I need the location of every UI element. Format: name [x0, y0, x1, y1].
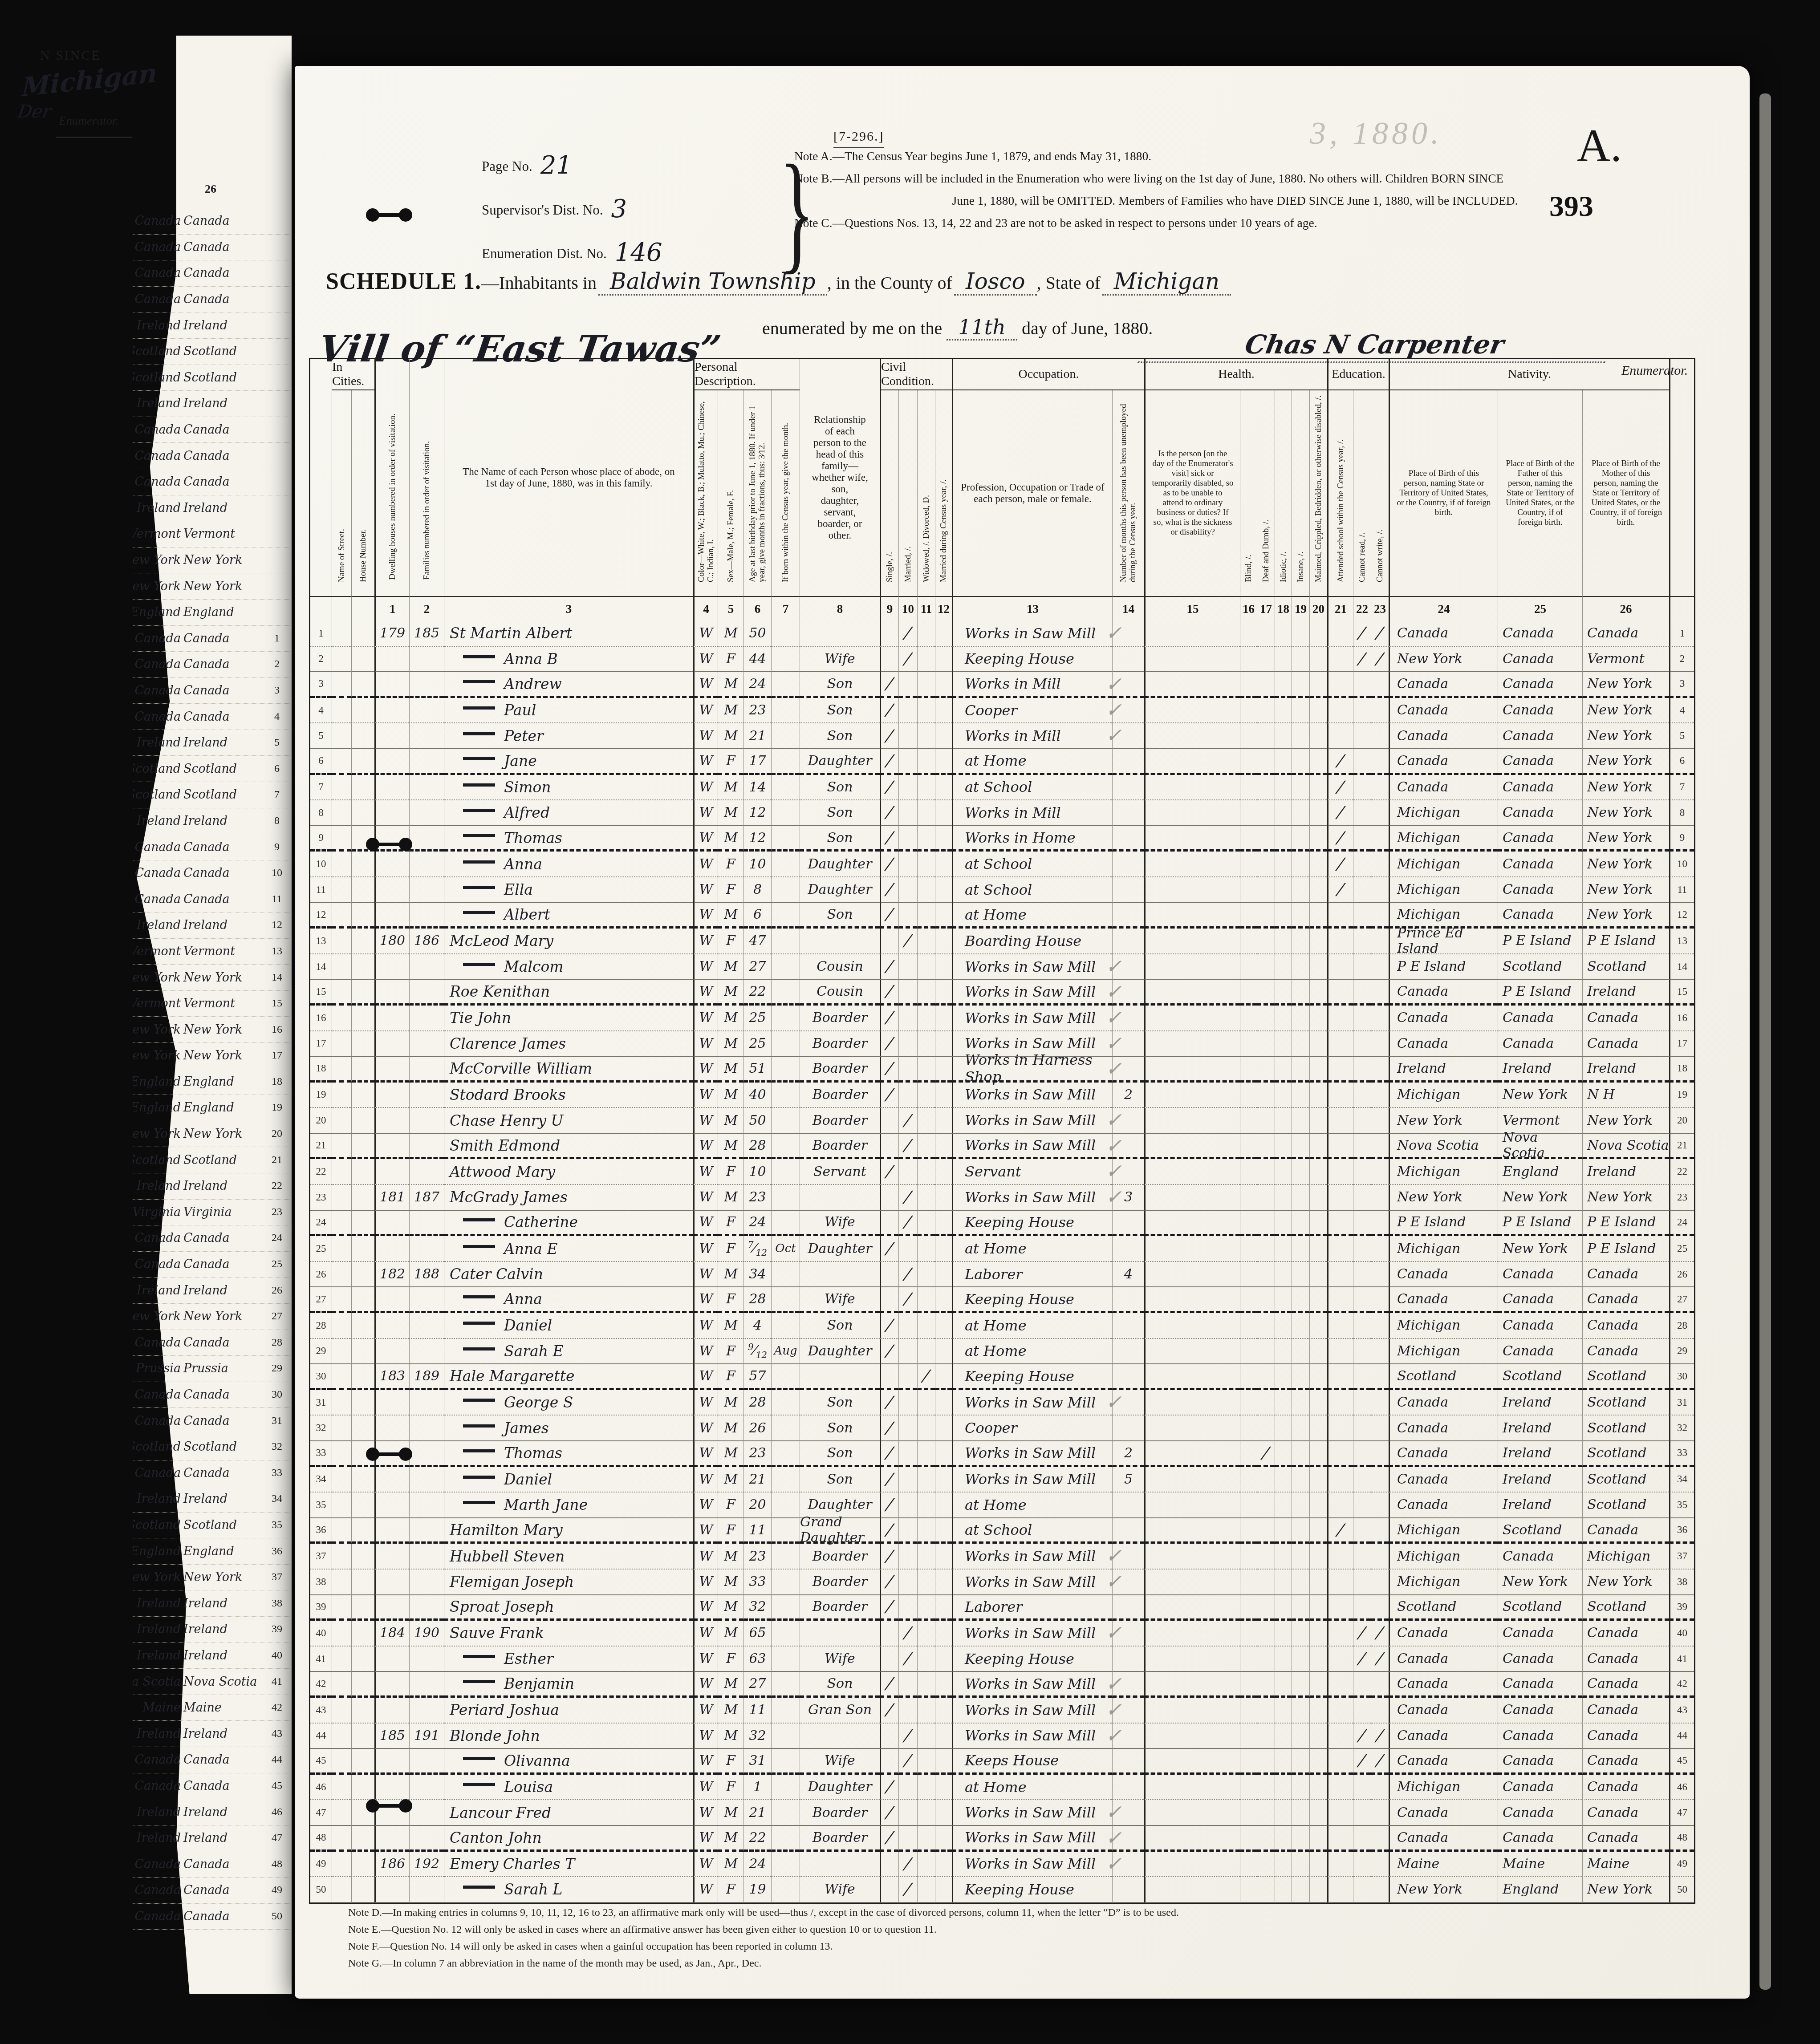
- cell-mother-birthplace: Canada: [1582, 1775, 1669, 1801]
- cell-months-unemployed: [1112, 1415, 1144, 1441]
- cell-widowed: [917, 1415, 935, 1441]
- cell-months-unemployed: [1112, 1595, 1144, 1621]
- cell-occupation: Cooper: [952, 1415, 1112, 1441]
- cell-mother-birthplace: New York: [1582, 672, 1669, 698]
- cell-age: 24: [743, 1852, 771, 1878]
- cell-street: [332, 1313, 351, 1339]
- cell-months-unemployed: ✓: [1112, 723, 1144, 749]
- cell-maimed: [1309, 1364, 1327, 1390]
- cell-maimed: [1309, 1724, 1327, 1749]
- cell-month-born: [771, 1492, 800, 1518]
- cell-occupation: at School: [952, 775, 1112, 801]
- cell-cannot-write: [1371, 877, 1389, 903]
- cell-sex: M: [718, 1800, 743, 1826]
- cell-widowed: [917, 1185, 935, 1211]
- cell-mother-birthplace: New York: [1582, 877, 1669, 903]
- cell-widowed: /: [917, 1364, 935, 1390]
- cell-occupation: Cooper: [952, 698, 1112, 724]
- cell-attended-school: [1327, 1287, 1353, 1313]
- cell-married-during-year: [935, 698, 952, 724]
- cell-age: 25: [743, 1006, 771, 1031]
- cell-color: W: [693, 1724, 718, 1749]
- cell-sex: M: [718, 1826, 743, 1852]
- row-number-left: 15: [310, 980, 332, 1006]
- cell-widowed: [917, 903, 935, 929]
- cell-occupation: Keeps House: [952, 1749, 1112, 1775]
- cell-sex: F: [718, 852, 743, 877]
- cell-deaf-dumb: [1257, 775, 1275, 801]
- row-number-right: 36: [1669, 1518, 1694, 1544]
- cell-married-during-year: [935, 1595, 952, 1621]
- cell-age: 8: [743, 877, 771, 903]
- cell-cannot-read: /: [1353, 1621, 1371, 1647]
- cell-age: 63: [743, 1647, 771, 1672]
- cell-mother-birthplace: Maine: [1582, 1852, 1669, 1878]
- cell-mother-birthplace: Scotland: [1582, 1390, 1669, 1416]
- cell-father-birthplace: P E Island: [1498, 1211, 1582, 1237]
- cell-cannot-read: [1353, 1544, 1371, 1569]
- cell-dwelling: [374, 672, 409, 698]
- row-number-right: 28: [1669, 1313, 1694, 1339]
- cell-married-during-year: [935, 1185, 952, 1211]
- cell-sickness: [1144, 647, 1240, 673]
- cell-dwelling: [374, 1083, 409, 1108]
- cell-sickness: [1144, 877, 1240, 903]
- cell-sickness: [1144, 1006, 1240, 1031]
- cell-house: [351, 1339, 374, 1365]
- cell-sex: M: [718, 826, 743, 852]
- cell-maimed: [1309, 954, 1327, 980]
- cell-deaf-dumb: [1257, 1364, 1275, 1390]
- cell-single: /: [880, 903, 898, 929]
- cell-idiotic: [1275, 1031, 1292, 1057]
- cell-street: [332, 1544, 351, 1569]
- cell-cannot-write: /: [1371, 1621, 1389, 1647]
- cell-house: [351, 1467, 374, 1493]
- cell-cannot-write: [1371, 954, 1389, 980]
- cell-widowed: [917, 749, 935, 775]
- cell-insane: [1292, 723, 1309, 749]
- cell-dwelling: [374, 1159, 409, 1185]
- cell-married-during-year: [935, 775, 952, 801]
- cell-single: [880, 621, 898, 647]
- cell-birthplace: New York: [1389, 647, 1498, 673]
- cell-birthplace: Canada: [1389, 723, 1498, 749]
- person-name: Esther: [444, 1647, 693, 1672]
- cell-idiotic: [1275, 1313, 1292, 1339]
- header-un: Number of months this person has been un…: [1112, 390, 1144, 596]
- cell-deaf-dumb: [1257, 1467, 1275, 1493]
- cell-widowed: [917, 1518, 935, 1544]
- cell-street: [332, 826, 351, 852]
- cell-mother-birthplace: Scotland: [1582, 1415, 1669, 1441]
- cell-sex: F: [718, 1492, 743, 1518]
- cell-months-unemployed: ✓: [1112, 954, 1144, 980]
- person-name: Stodard Brooks: [444, 1083, 693, 1108]
- cell-father-birthplace: Ireland: [1498, 1467, 1582, 1493]
- state-value: Michigan: [1102, 268, 1231, 296]
- cell-family: 191: [409, 1724, 444, 1749]
- cell-deaf-dumb: [1257, 1313, 1275, 1339]
- cell-family: [409, 1415, 444, 1441]
- cell-idiotic: [1275, 1518, 1292, 1544]
- cell-idiotic: [1275, 929, 1292, 954]
- note-a: Note A.—The Census Year begins June 1, 1…: [794, 145, 1676, 167]
- colnum-h19: 19: [1292, 596, 1309, 621]
- facing-page-row: EnglandEngland36: [133, 1538, 289, 1565]
- facing-page-row: New YorkNew York17: [133, 1043, 289, 1069]
- person-name: Tie John: [444, 1006, 693, 1031]
- cell-married-during-year: [935, 1467, 952, 1493]
- cell-blind: [1240, 852, 1257, 877]
- facing-page-row: CanadaCanada33: [133, 1460, 289, 1487]
- cell-dwelling: [374, 877, 409, 903]
- enumerated-line: enumerated by me on the 11th day of June…: [762, 315, 1153, 339]
- cell-single: [880, 1108, 898, 1134]
- colnum-b24: 24: [1389, 596, 1498, 621]
- facing-page-row: CanadaCanada10: [133, 860, 289, 887]
- cell-deaf-dumb: [1257, 826, 1275, 852]
- facing-page-row: New YorkNew York37: [133, 1565, 289, 1591]
- cell-birthplace: Canada: [1389, 1647, 1498, 1672]
- cell-married-during-year: [935, 1724, 952, 1749]
- cell-house: [351, 749, 374, 775]
- cell-house: [351, 929, 374, 954]
- cell-house: [351, 1236, 374, 1262]
- row-number-left: 28: [310, 1313, 332, 1339]
- facing-page-row: EnglandEngland18: [133, 1069, 289, 1095]
- facing-page-row: IrelandIreland43: [133, 1721, 289, 1747]
- cell-idiotic: [1275, 1467, 1292, 1493]
- cell-single: [880, 1262, 898, 1288]
- cell-widowed: [917, 1672, 935, 1698]
- cell-idiotic: [1275, 1185, 1292, 1211]
- cell-single: /: [880, 1569, 898, 1595]
- cell-age: 28: [743, 1287, 771, 1313]
- cell-month-born: [771, 1877, 800, 1903]
- cell-maimed: [1309, 749, 1327, 775]
- cell-sex: M: [718, 775, 743, 801]
- cell-blind: [1240, 1057, 1257, 1083]
- cell-maimed: [1309, 1083, 1327, 1108]
- cell-married: [898, 1031, 917, 1057]
- cell-idiotic: [1275, 698, 1292, 724]
- cell-deaf-dumb: [1257, 1185, 1275, 1211]
- cell-cannot-read: [1353, 1518, 1371, 1544]
- cell-single: /: [880, 954, 898, 980]
- cell-deaf-dumb: [1257, 903, 1275, 929]
- cell-insane: [1292, 1211, 1309, 1237]
- cell-blind: [1240, 1569, 1257, 1595]
- cell-widowed: [917, 775, 935, 801]
- cell-birthplace: Michigan: [1389, 1313, 1498, 1339]
- cell-mother-birthplace: Ireland: [1582, 980, 1669, 1006]
- cell-single: /: [880, 852, 898, 877]
- cell-maimed: [1309, 1057, 1327, 1083]
- cell-house: [351, 1364, 374, 1390]
- inhabitants-label: —Inhabitants in: [481, 273, 597, 293]
- row-number-left: 7: [310, 775, 332, 801]
- cell-widowed: [917, 1852, 935, 1878]
- cell-idiotic: [1275, 903, 1292, 929]
- cell-maimed: [1309, 1569, 1327, 1595]
- person-name: Catherine: [444, 1211, 693, 1237]
- cell-attended-school: [1327, 1390, 1353, 1416]
- cell-street: [332, 1724, 351, 1749]
- cell-insane: [1292, 1006, 1309, 1031]
- cell-dwelling: [374, 1057, 409, 1083]
- cell-occupation: Works in Mill: [952, 800, 1112, 826]
- row-number-right: 21: [1669, 1134, 1694, 1160]
- cell-cannot-read: /: [1353, 1647, 1371, 1672]
- cell-relationship: Grand Daughter: [800, 1518, 880, 1544]
- cell-sex: M: [718, 1031, 743, 1057]
- cell-house: [351, 852, 374, 877]
- cell-months-unemployed: ✓: [1112, 1569, 1144, 1595]
- cell-month-born: [771, 800, 800, 826]
- cell-single: /: [880, 1415, 898, 1441]
- district-block: Page No. 21 Supervisor's Dist. No. 3 Enu…: [482, 148, 758, 279]
- cell-cannot-write: [1371, 1211, 1389, 1237]
- cell-idiotic: [1275, 800, 1292, 826]
- header-c8: Relationship of each person to the head …: [800, 359, 880, 596]
- cell-birthplace: Michigan: [1389, 800, 1498, 826]
- colnum-b25: 25: [1498, 596, 1582, 621]
- cell-married-during-year: [935, 1698, 952, 1724]
- cell-dwelling: 183: [374, 1364, 409, 1390]
- cell-deaf-dumb: [1257, 1544, 1275, 1569]
- person-name: McGrady James: [444, 1185, 693, 1211]
- date-label: day of June, 1880.: [1022, 318, 1153, 338]
- cell-color: W: [693, 1339, 718, 1365]
- cell-widowed: [917, 954, 935, 980]
- cell-occupation: Works in Saw Mill: [952, 1185, 1112, 1211]
- cell-widowed: [917, 1236, 935, 1262]
- cell-cannot-read: [1353, 826, 1371, 852]
- day-value: 11th: [947, 315, 1017, 341]
- person-name: McLeod Mary: [444, 929, 693, 954]
- cell-insane: [1292, 1492, 1309, 1518]
- cell-street: [332, 1492, 351, 1518]
- cell-birthplace: Canada: [1389, 621, 1498, 647]
- cell-blind: [1240, 826, 1257, 852]
- cell-color: W: [693, 1262, 718, 1288]
- facing-page-row: IrelandIreland40: [133, 1643, 289, 1669]
- cell-sex: F: [718, 1159, 743, 1185]
- cell-father-birthplace: P E Island: [1498, 929, 1582, 954]
- cell-cannot-read: [1353, 1441, 1371, 1467]
- cell-sex: M: [718, 1595, 743, 1621]
- row-number-right: 46: [1669, 1775, 1694, 1801]
- cell-blind: [1240, 1211, 1257, 1237]
- cell-months-unemployed: [1112, 800, 1144, 826]
- header-street: Name of Street.: [332, 390, 351, 596]
- cell-mother-birthplace: Canada: [1582, 1262, 1669, 1288]
- cell-birthplace: Michigan: [1389, 1518, 1498, 1544]
- row-number-left: 22: [310, 1159, 332, 1185]
- cell-cannot-write: [1371, 826, 1389, 852]
- cell-cannot-write: [1371, 1852, 1389, 1878]
- cell-insane: [1292, 1698, 1309, 1724]
- cell-cannot-read: [1353, 1159, 1371, 1185]
- cell-attended-school: /: [1327, 749, 1353, 775]
- cell-single: /: [880, 1339, 898, 1365]
- enumeration-dist-label: Enumeration Dist. No.: [482, 246, 607, 261]
- cell-month-born: [771, 1518, 800, 1544]
- cell-insane: [1292, 1544, 1309, 1569]
- cell-married-during-year: [935, 1339, 952, 1365]
- row-number-left: 41: [310, 1647, 332, 1672]
- cell-single: [880, 1364, 898, 1390]
- cell-attended-school: /: [1327, 877, 1353, 903]
- cell-widowed: [917, 1826, 935, 1852]
- cell-occupation: Works in Saw Mill: [952, 621, 1112, 647]
- cell-month-born: [771, 1595, 800, 1621]
- cell-cannot-read: [1353, 1467, 1371, 1493]
- cell-deaf-dumb: [1257, 852, 1275, 877]
- cell-idiotic: [1275, 1492, 1292, 1518]
- colnum-h16: 16: [1240, 596, 1257, 621]
- cell-mother-birthplace: Scotland: [1582, 1492, 1669, 1518]
- cell-relationship: Son: [800, 1390, 880, 1416]
- colnum-fam: 2: [409, 596, 444, 621]
- row-number-left: 8: [310, 800, 332, 826]
- row-number-left: 17: [310, 1031, 332, 1057]
- row-number-right: 29: [1669, 1339, 1694, 1365]
- cell-blind: [1240, 1134, 1257, 1160]
- cell-age: 11: [743, 1518, 771, 1544]
- cell-color: W: [693, 1647, 718, 1672]
- note-c: Note C.—Questions Nos. 13, 14, 22 and 23…: [794, 212, 1676, 234]
- fragment-scrawl: Der: [16, 101, 53, 122]
- row-number-left: 4: [310, 698, 332, 724]
- cell-cannot-write: [1371, 749, 1389, 775]
- cell-married-during-year: [935, 903, 952, 929]
- cell-idiotic: [1275, 1415, 1292, 1441]
- cell-birthplace: Ireland: [1389, 1057, 1498, 1083]
- cell-birthplace: Michigan: [1389, 1569, 1498, 1595]
- group-occupation: Occupation.: [952, 359, 1144, 390]
- cell-relationship: Son: [800, 698, 880, 724]
- cell-sex: M: [718, 1441, 743, 1467]
- cell-sex: M: [718, 980, 743, 1006]
- cell-occupation: Works in Saw Mill: [952, 1006, 1112, 1031]
- cell-cannot-read: [1353, 954, 1371, 980]
- cell-color: W: [693, 1313, 718, 1339]
- cell-cannot-read: [1353, 1185, 1371, 1211]
- cell-dwelling: [374, 698, 409, 724]
- cell-sickness: [1144, 1287, 1240, 1313]
- cell-family: 190: [409, 1621, 444, 1647]
- row-number-right: 35: [1669, 1492, 1694, 1518]
- cell-widowed: [917, 1134, 935, 1160]
- cell-months-unemployed: [1112, 1775, 1144, 1801]
- cell-occupation: Works in Saw Mill: [952, 1569, 1112, 1595]
- cell-sex: M: [718, 1544, 743, 1569]
- cell-cannot-write: [1371, 723, 1389, 749]
- cell-family: [409, 775, 444, 801]
- cell-insane: [1292, 1339, 1309, 1365]
- cell-widowed: [917, 1083, 935, 1108]
- person-name: Ella: [444, 877, 693, 903]
- cell-months-unemployed: [1112, 749, 1144, 775]
- cell-widowed: [917, 672, 935, 698]
- cell-street: [332, 1569, 351, 1595]
- cell-insane: [1292, 1415, 1309, 1441]
- cell-married: [898, 980, 917, 1006]
- cell-month-born: [771, 647, 800, 673]
- cell-deaf-dumb: [1257, 1287, 1275, 1313]
- cell-married: [898, 1083, 917, 1108]
- cell-street: [332, 954, 351, 980]
- cell-attended-school: [1327, 1211, 1353, 1237]
- row-number-right: 22: [1669, 1159, 1694, 1185]
- cell-married-during-year: [935, 1877, 952, 1903]
- cell-street: [332, 698, 351, 724]
- cell-cannot-read: [1353, 698, 1371, 724]
- cell-deaf-dumb: [1257, 1800, 1275, 1826]
- header-h18: Idiotic, /.: [1275, 390, 1292, 596]
- cell-mother-birthplace: Scotland: [1582, 1364, 1669, 1390]
- header-w11: Widowed, /. Divorced, D.: [917, 390, 935, 596]
- cell-mother-birthplace: Ireland: [1582, 1159, 1669, 1185]
- cell-idiotic: [1275, 775, 1292, 801]
- cell-widowed: [917, 1621, 935, 1647]
- cell-house: [351, 800, 374, 826]
- cell-months-unemployed: ✓: [1112, 1698, 1144, 1724]
- cell-married: [898, 1159, 917, 1185]
- cell-cannot-write: [1371, 698, 1389, 724]
- cell-sex: M: [718, 1006, 743, 1031]
- cell-cannot-read: [1353, 1006, 1371, 1031]
- header-c7: If born within the Census year, give the…: [771, 390, 800, 596]
- cell-house: [351, 1775, 374, 1801]
- cell-maimed: [1309, 1339, 1327, 1365]
- cell-idiotic: [1275, 1647, 1292, 1672]
- cell-cannot-read: [1353, 1364, 1371, 1390]
- cell-mother-birthplace: Canada: [1582, 1749, 1669, 1775]
- cell-month-born: [771, 1159, 800, 1185]
- cell-insane: [1292, 1569, 1309, 1595]
- facing-page-row: IrelandIreland39: [133, 1617, 289, 1643]
- cell-months-unemployed: [1112, 903, 1144, 929]
- cell-attended-school: [1327, 1159, 1353, 1185]
- enumeration-dist-value: 146: [609, 238, 662, 267]
- cell-single: /: [880, 980, 898, 1006]
- cell-deaf-dumb: [1257, 1775, 1275, 1801]
- cell-house: [351, 1313, 374, 1339]
- cell-idiotic: [1275, 1211, 1292, 1237]
- cell-dwelling: [374, 800, 409, 826]
- cell-age: 31: [743, 1749, 771, 1775]
- facing-page-row: CanadaCanada11: [133, 886, 289, 912]
- cell-sickness: [1144, 1057, 1240, 1083]
- cell-birthplace: Canada: [1389, 1826, 1498, 1852]
- cell-age: 32: [743, 1724, 771, 1749]
- cell-street: [332, 749, 351, 775]
- cell-relationship: Daughter: [800, 852, 880, 877]
- cell-sex: M: [718, 1698, 743, 1724]
- cell-married: [898, 1672, 917, 1698]
- cell-blind: [1240, 954, 1257, 980]
- cell-family: [409, 1441, 444, 1467]
- row-number-right: 14: [1669, 954, 1694, 980]
- cell-single: /: [880, 698, 898, 724]
- facing-page-row: ScotlandScotland32: [133, 1434, 289, 1460]
- cell-sex: F: [718, 1877, 743, 1903]
- cell-sex: M: [718, 1083, 743, 1108]
- cell-occupation: Works in Saw Mill: [952, 1826, 1112, 1852]
